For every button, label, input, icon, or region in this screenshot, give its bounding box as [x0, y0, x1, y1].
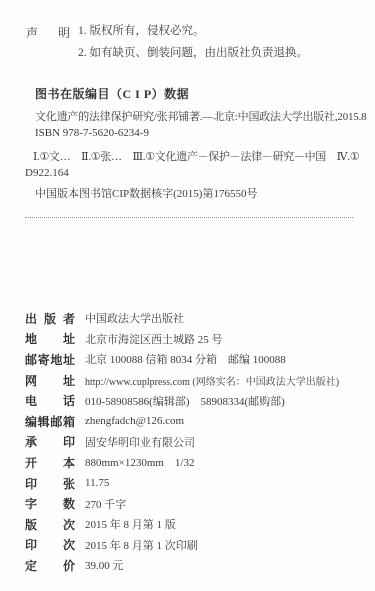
- colophon-row-printing: 印次 2015 年 8 月第 1 次印刷: [25, 535, 365, 556]
- colophon-row-value: 固安华明印业有限公司: [85, 434, 195, 450]
- colophon-row-value: 北京 100088 信箱 8034 分箱 邮编 100088: [85, 351, 286, 367]
- colophon-row-publisher: 出版者 中国政法大学出版社: [25, 308, 365, 329]
- colophon-row-printer: 承印 固安华明印业有限公司: [25, 432, 365, 453]
- cip-title-line: 文化遗产的法律保护研究/张邦铺著.—北京:中国政法大学出版社,2015.8: [35, 110, 366, 124]
- notice-item-2: 2. 如有缺页、倒装问题，由出版社负责退换。: [78, 46, 308, 60]
- colophon-row-value: http://www.cuplpress.com (网络实名：中国政法大学出版社…: [85, 373, 339, 388]
- book-copyright-page: 声明 1. 版权所有，侵权必究。 2. 如有缺页、倒装问题，由出版社负责退换。 …: [0, 0, 375, 591]
- colophon-row-value: 2015 年 8 月第 1 次印刷: [85, 537, 198, 553]
- dotted-separator-line: [25, 217, 353, 218]
- cip-heading: 图书在版编目（C I P）数据: [35, 85, 189, 102]
- colophon-row-mailing-address: 邮寄地址 北京 100088 信箱 8034 分箱 邮编 100088: [25, 349, 365, 370]
- colophon-row-label: 印张: [25, 475, 75, 492]
- colophon-row-label: 承印: [25, 433, 75, 450]
- cip-classification-line-1: Ⅰ.①文… Ⅱ.①张… Ⅲ.①文化遗产－保护－法律－研究－中国 Ⅳ.①: [33, 150, 359, 164]
- colophon-row-format: 开本 880mm×1230mm 1/32: [25, 452, 365, 473]
- notice-label: 声明: [26, 24, 70, 41]
- colophon-row-label: 字数: [25, 495, 75, 512]
- notice-item-1: 1. 版权所有，侵权必究。: [78, 24, 205, 38]
- colophon-row-value: zhengfadch@126.com: [85, 415, 184, 427]
- cip-classification-line-2: D922.164: [25, 166, 69, 180]
- colophon-row-label: 地址: [25, 330, 75, 347]
- colophon-row-value: 11.75: [85, 477, 109, 489]
- colophon-row-value: 880mm×1230mm 1/32: [85, 454, 194, 470]
- colophon-row-website: 网址 http://www.cuplpress.com (网络实名：中国政法大学…: [25, 370, 365, 391]
- colophon-row-address: 地址 北京市海淀区西土城路 25 号: [25, 329, 365, 350]
- colophon-row-label: 定价: [25, 557, 75, 574]
- colophon-row-value: 270 千字: [85, 496, 126, 512]
- colophon-row-value: 中国政法大学出版社: [85, 310, 184, 326]
- colophon-row-price: 定价 39.00 元: [25, 555, 365, 576]
- colophon-row-telephone: 电话 010-58908586(编辑部) 58908334(邮购部): [25, 390, 365, 411]
- colophon-row-label: 出版者: [25, 310, 75, 327]
- colophon-row-label: 开本: [25, 454, 75, 471]
- colophon-row-editor-email: 编辑邮箱 zhengfadch@126.com: [25, 411, 365, 432]
- colophon-row-value: 010-58908586(编辑部) 58908334(邮购部): [85, 393, 285, 409]
- colophon-table: 出版者 中国政法大学出版社 地址 北京市海淀区西土城路 25 号 邮寄地址 北京…: [25, 308, 365, 576]
- colophon-row-label: 编辑邮箱: [25, 413, 75, 430]
- colophon-row-value: 2015 年 8 月第 1 版: [85, 516, 176, 532]
- colophon-row-label: 印次: [25, 536, 75, 553]
- colophon-row-label: 电话: [25, 392, 75, 409]
- colophon-row-label: 网址: [25, 372, 75, 389]
- colophon-row-value: 39.00 元: [85, 557, 124, 573]
- cip-isbn-line: ISBN 978-7-5620-6234-9: [35, 126, 149, 140]
- cip-record-number-line: 中国版本图书馆CIP数据核字(2015)第176550号: [35, 187, 257, 201]
- colophon-row-value: 北京市海淀区西土城路 25 号: [85, 331, 223, 347]
- colophon-row-label: 邮寄地址: [25, 351, 75, 368]
- colophon-row-label: 版次: [25, 516, 75, 533]
- colophon-row-edition: 版次 2015 年 8 月第 1 版: [25, 514, 365, 535]
- colophon-row-printed-sheets: 印张 11.75: [25, 473, 365, 494]
- colophon-row-word-count: 字数 270 千字: [25, 493, 365, 514]
